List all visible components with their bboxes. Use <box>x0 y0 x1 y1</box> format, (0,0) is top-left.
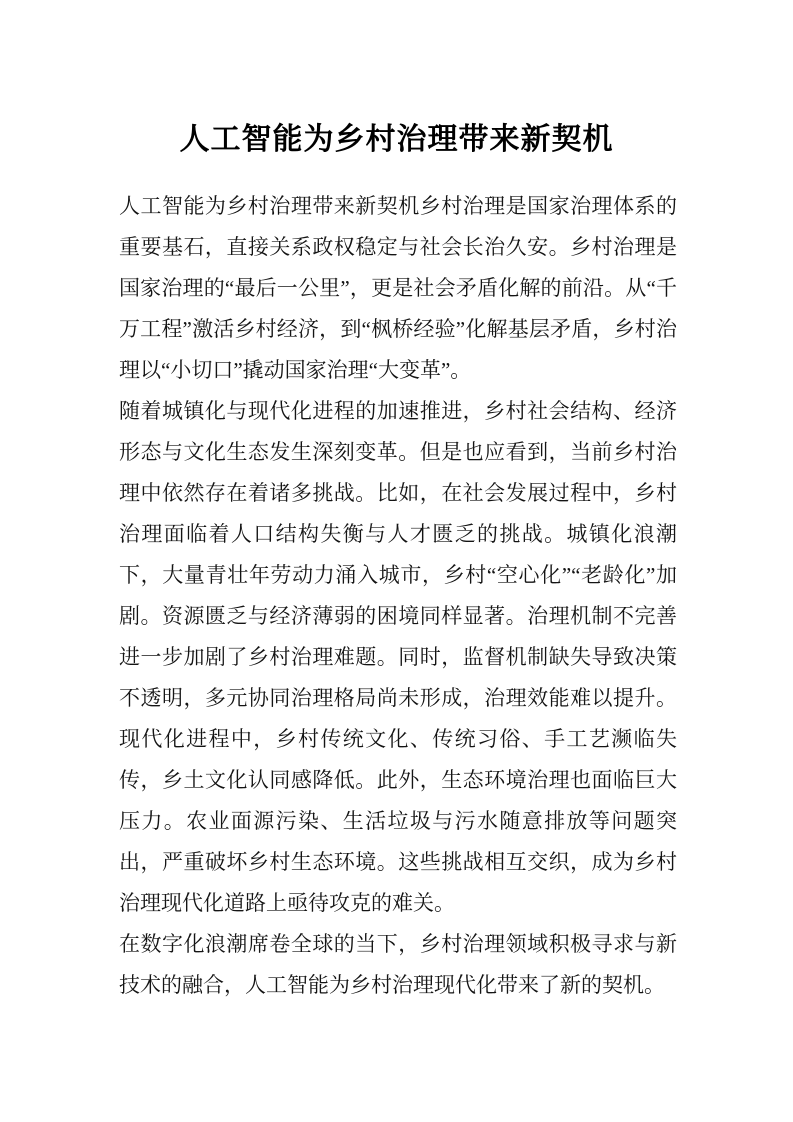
paragraph-challenges: 随着城镇化与现代化进程的加速推进，乡村社会结构、经济形态与文化生态发生深刻变革。… <box>119 391 677 924</box>
paragraph-intro: 人工智能为乡村治理带来新契机乡村治理是国家治理体系的重要基石，直接关系政权稳定与… <box>119 186 677 391</box>
paragraph-opportunity: 在数字化浪潮席卷全球的当下，乡村治理领域积极寻求与新技术的融合，人工智能为乡村治… <box>119 924 677 1006</box>
document-page: 人工智能为乡村治理带来新契机 人工智能为乡村治理带来新契机乡村治理是国家治理体系… <box>0 0 793 1122</box>
document-body: 人工智能为乡村治理带来新契机乡村治理是国家治理体系的重要基石，直接关系政权稳定与… <box>119 186 677 1006</box>
document-title: 人工智能为乡村治理带来新契机 <box>0 0 793 160</box>
